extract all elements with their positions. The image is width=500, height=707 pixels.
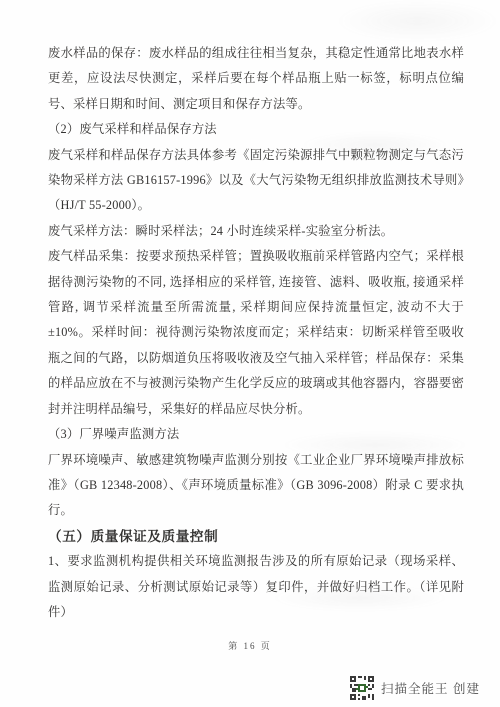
page-footer: 第 16 页 <box>0 639 500 652</box>
document-body: 废水样品的保存：废水样品的组成往往相当复杂，其稳定性通常比地表水样更差，应设法尽… <box>48 41 464 625</box>
camscanner-watermark: 扫描全能王 创建 <box>350 676 480 700</box>
scan-artifact <box>335 0 500 42</box>
scanned-document-page: 废水样品的保存：废水样品的组成往往相当复杂，其稳定性通常比地表水样更差，应设法尽… <box>0 0 500 707</box>
heading-quality-assurance: （五）质量保证及质量控制 <box>48 524 464 549</box>
subheading-boundary-noise: （3）厂界噪声监测方法 <box>48 422 464 447</box>
paragraph-waste-gas-collection: 废气样品采集：按要求预热采样管；置换吸收瓶前采样管路内空气；采样根据待测污染物的… <box>48 244 464 422</box>
paragraph-waste-gas-standards: 废气采样和样品保存方法具体参考《固定污染源排气中颗粒物测定与气态污染物采样方法 … <box>48 143 464 219</box>
qr-code-icon <box>350 676 374 700</box>
watermark-label: 扫描全能王 创建 <box>381 679 480 697</box>
paragraph-quality-records: 1、要求监测机构提供相关环境监测报告涉及的所有原始记录（现场采样、监测原始记录、… <box>48 549 464 625</box>
paragraph-wastewater-storage: 废水样品的保存：废水样品的组成往往相当复杂，其稳定性通常比地表水样更差，应设法尽… <box>48 41 464 117</box>
subheading-waste-gas-sampling: （2）废气采样和样品保存方法 <box>48 117 464 142</box>
paragraph-noise-standards: 厂界环境噪声、敏感建筑物噪声监测分别按《工业企业厂界环境噪声排放标准》（GB 1… <box>48 448 464 524</box>
page-number: 第 16 页 <box>228 641 272 651</box>
paragraph-waste-gas-methods: 废气采样方法：瞬时采样法；24 小时连续采样-实验室分析法。 <box>48 219 464 244</box>
